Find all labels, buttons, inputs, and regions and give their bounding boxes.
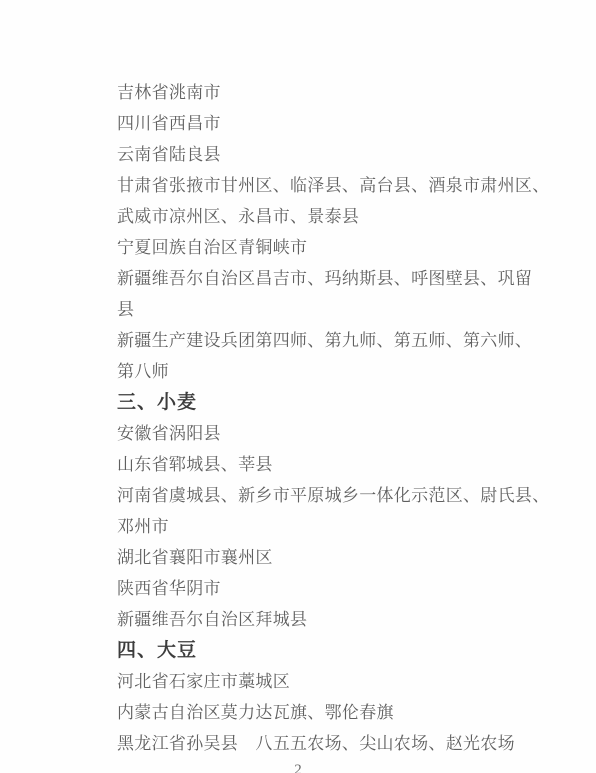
text-line: 山东省郓城县、莘县 xyxy=(117,447,557,478)
text-line: 第八师 xyxy=(117,354,557,385)
text-line: 吉林省洮南市 xyxy=(117,75,557,106)
text-line: 河北省石家庄市藁城区 xyxy=(117,664,557,695)
section-heading: 四、大豆 xyxy=(117,633,557,664)
text-line: 陕西省华阴市 xyxy=(117,571,557,602)
page-number: 2 xyxy=(0,762,596,773)
text-line: 黑龙江省孙吴县 八五五农场、尖山农场、赵光农场 xyxy=(117,726,557,757)
text-line: 甘肃省张掖市甘州区、临泽县、高台县、酒泉市肃州区、 xyxy=(117,168,557,199)
document-page: 吉林省洮南市四川省西昌市云南省陆良县甘肃省张掖市甘州区、临泽县、高台县、酒泉市肃… xyxy=(0,0,596,773)
text-line: 邓州市 xyxy=(117,509,557,540)
text-line: 新疆维吾尔自治区昌吉市、玛纳斯县、呼图壁县、巩留 xyxy=(117,261,557,292)
text-line: 内蒙古自治区莫力达瓦旗、鄂伦春旗 xyxy=(117,695,557,726)
text-line: 云南省陆良县 xyxy=(117,137,557,168)
text-line: 宁夏回族自治区青铜峡市 xyxy=(117,230,557,261)
text-line: 安徽省涡阳县 xyxy=(117,416,557,447)
text-line: 河南省虞城县、新乡市平原城乡一体化示范区、尉氏县、 xyxy=(117,478,557,509)
text-line: 新疆生产建设兵团第四师、第九师、第五师、第六师、 xyxy=(117,323,557,354)
text-line: 新疆维吾尔自治区拜城县 xyxy=(117,602,557,633)
text-line: 四川省西昌市 xyxy=(117,106,557,137)
section-heading: 三、小麦 xyxy=(117,385,557,416)
text-line: 湖北省襄阳市襄州区 xyxy=(117,540,557,571)
text-column: 吉林省洮南市四川省西昌市云南省陆良县甘肃省张掖市甘州区、临泽县、高台县、酒泉市肃… xyxy=(117,75,557,757)
text-line: 武威市凉州区、永昌市、景泰县 xyxy=(117,199,557,230)
text-line: 县 xyxy=(117,292,557,323)
